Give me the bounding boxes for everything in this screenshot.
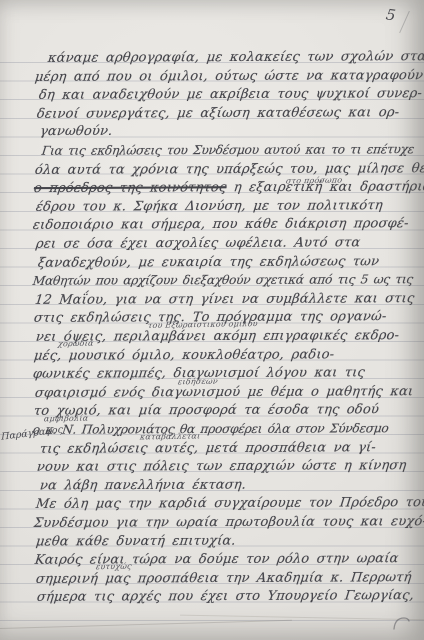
handwritten-line: Για τις εκδηλώσεις του Συνδέσμου αυτού κ… bbox=[41, 142, 415, 158]
interlinear-insertion: καταβάλλεται bbox=[139, 431, 201, 441]
interlinear-insertion: χορωδία bbox=[57, 339, 94, 349]
handwritten-line: σφαιρισμό ενός διαγωνισμού με θέμα ο μαθ… bbox=[34, 384, 414, 401]
handwritten-line: ειδοποιάριο και σήμερα, που κάθε διάκρισ… bbox=[32, 217, 410, 234]
page-number: 5 bbox=[385, 5, 397, 24]
handwritten-line: ξαναδεχθούν, με ευκαιρία της εκδηλώσεως … bbox=[37, 254, 380, 270]
handwritten-line: δη και αναδειχθούν με ακρίβεια τους ψυχι… bbox=[38, 86, 423, 103]
interlinear-insertion: αμφιβολία bbox=[43, 414, 88, 424]
handwritten-line: γανωθούν. bbox=[39, 124, 113, 139]
handwritten-line: ρει σε όσα έχει ασχολίες ωφέλεια. Αυτό σ… bbox=[35, 235, 361, 251]
struck-text: ο πρόεδρος της κοινότητος bbox=[33, 180, 227, 196]
handwritten-line: σήμερα τις αρχές που έχει στο Υπουργείο … bbox=[36, 589, 415, 606]
handwritten-line: Καιρός είναι τώρα να δούμε τον ρόλο στην… bbox=[34, 551, 399, 568]
handwritten-line: νουν και στις πόλεις των επαρχιών ώστε η… bbox=[36, 458, 407, 475]
handwritten-line: ο πρόεδρος της κοινότητος η εξαιρετική κ… bbox=[33, 179, 424, 196]
handwritten-line: Με όλη μας την καρδιά συγχαίρουμε τον Πρ… bbox=[35, 496, 424, 513]
paper-crease bbox=[399, 11, 410, 33]
handwritten-line: 12 Μαΐου, για να στη γίνει να συμβάλλετε… bbox=[34, 291, 415, 308]
handwritten-line: να λάβη πανελλήνια έκταση. bbox=[39, 477, 247, 493]
interlinear-insertion: στο πρόσωπο bbox=[285, 176, 343, 186]
handwritten-line: όλα αυτά τα χρόνια της υπάρξεώς του, μας… bbox=[34, 161, 424, 178]
interlinear-insertion: ειδήσεων bbox=[177, 377, 218, 387]
handwritten-line: κάναμε αρθρογραφία, με κολακείες των σχο… bbox=[47, 49, 424, 66]
handwritten-line: Μαθητών που αρχίζουν διεξαχθούν σχετικά … bbox=[32, 272, 414, 288]
pencil-corner-mark bbox=[392, 614, 414, 632]
handwritten-line: μές, μουσικό όμιλο, κουκλοθέατρο, ραδιο- bbox=[33, 347, 335, 363]
handwritten-line: έδρου του κ. Σφήκα Διονύση, με τον πολιτ… bbox=[35, 198, 384, 215]
handwritten-line: ο κ. Ν. Πολυχρονιάτος θα προσφέρει όλα σ… bbox=[32, 421, 389, 437]
handwritten-line: μεθα κάθε δυνατή επιτυχία. bbox=[35, 533, 237, 549]
handwritten-line: σημερινή μας προσπάθεια την Ακαδημία κ. … bbox=[35, 570, 412, 587]
interlinear-insertion: ευτυχώς bbox=[95, 562, 132, 572]
handwritten-line: μέρη από που οι όμιλοι, ούτως ώστε να κα… bbox=[34, 68, 424, 85]
handwritten-line: δεινοί συνεργάτες, με αξίωση καταθέσεως … bbox=[36, 105, 400, 122]
handwritten-line: τις εκδηλώσεις αυτές, μετά προσπάθεια να… bbox=[39, 440, 377, 456]
handwritten-line: Συνδέσμου για την ωραία πρωτοβουλία τους… bbox=[33, 514, 424, 531]
manuscript-page: 5 κάναμε αρθρογραφία, με κολακείες των σ… bbox=[0, 0, 424, 640]
interlinear-insertion: του Εξωραϊστικού ομίλου bbox=[147, 319, 258, 330]
